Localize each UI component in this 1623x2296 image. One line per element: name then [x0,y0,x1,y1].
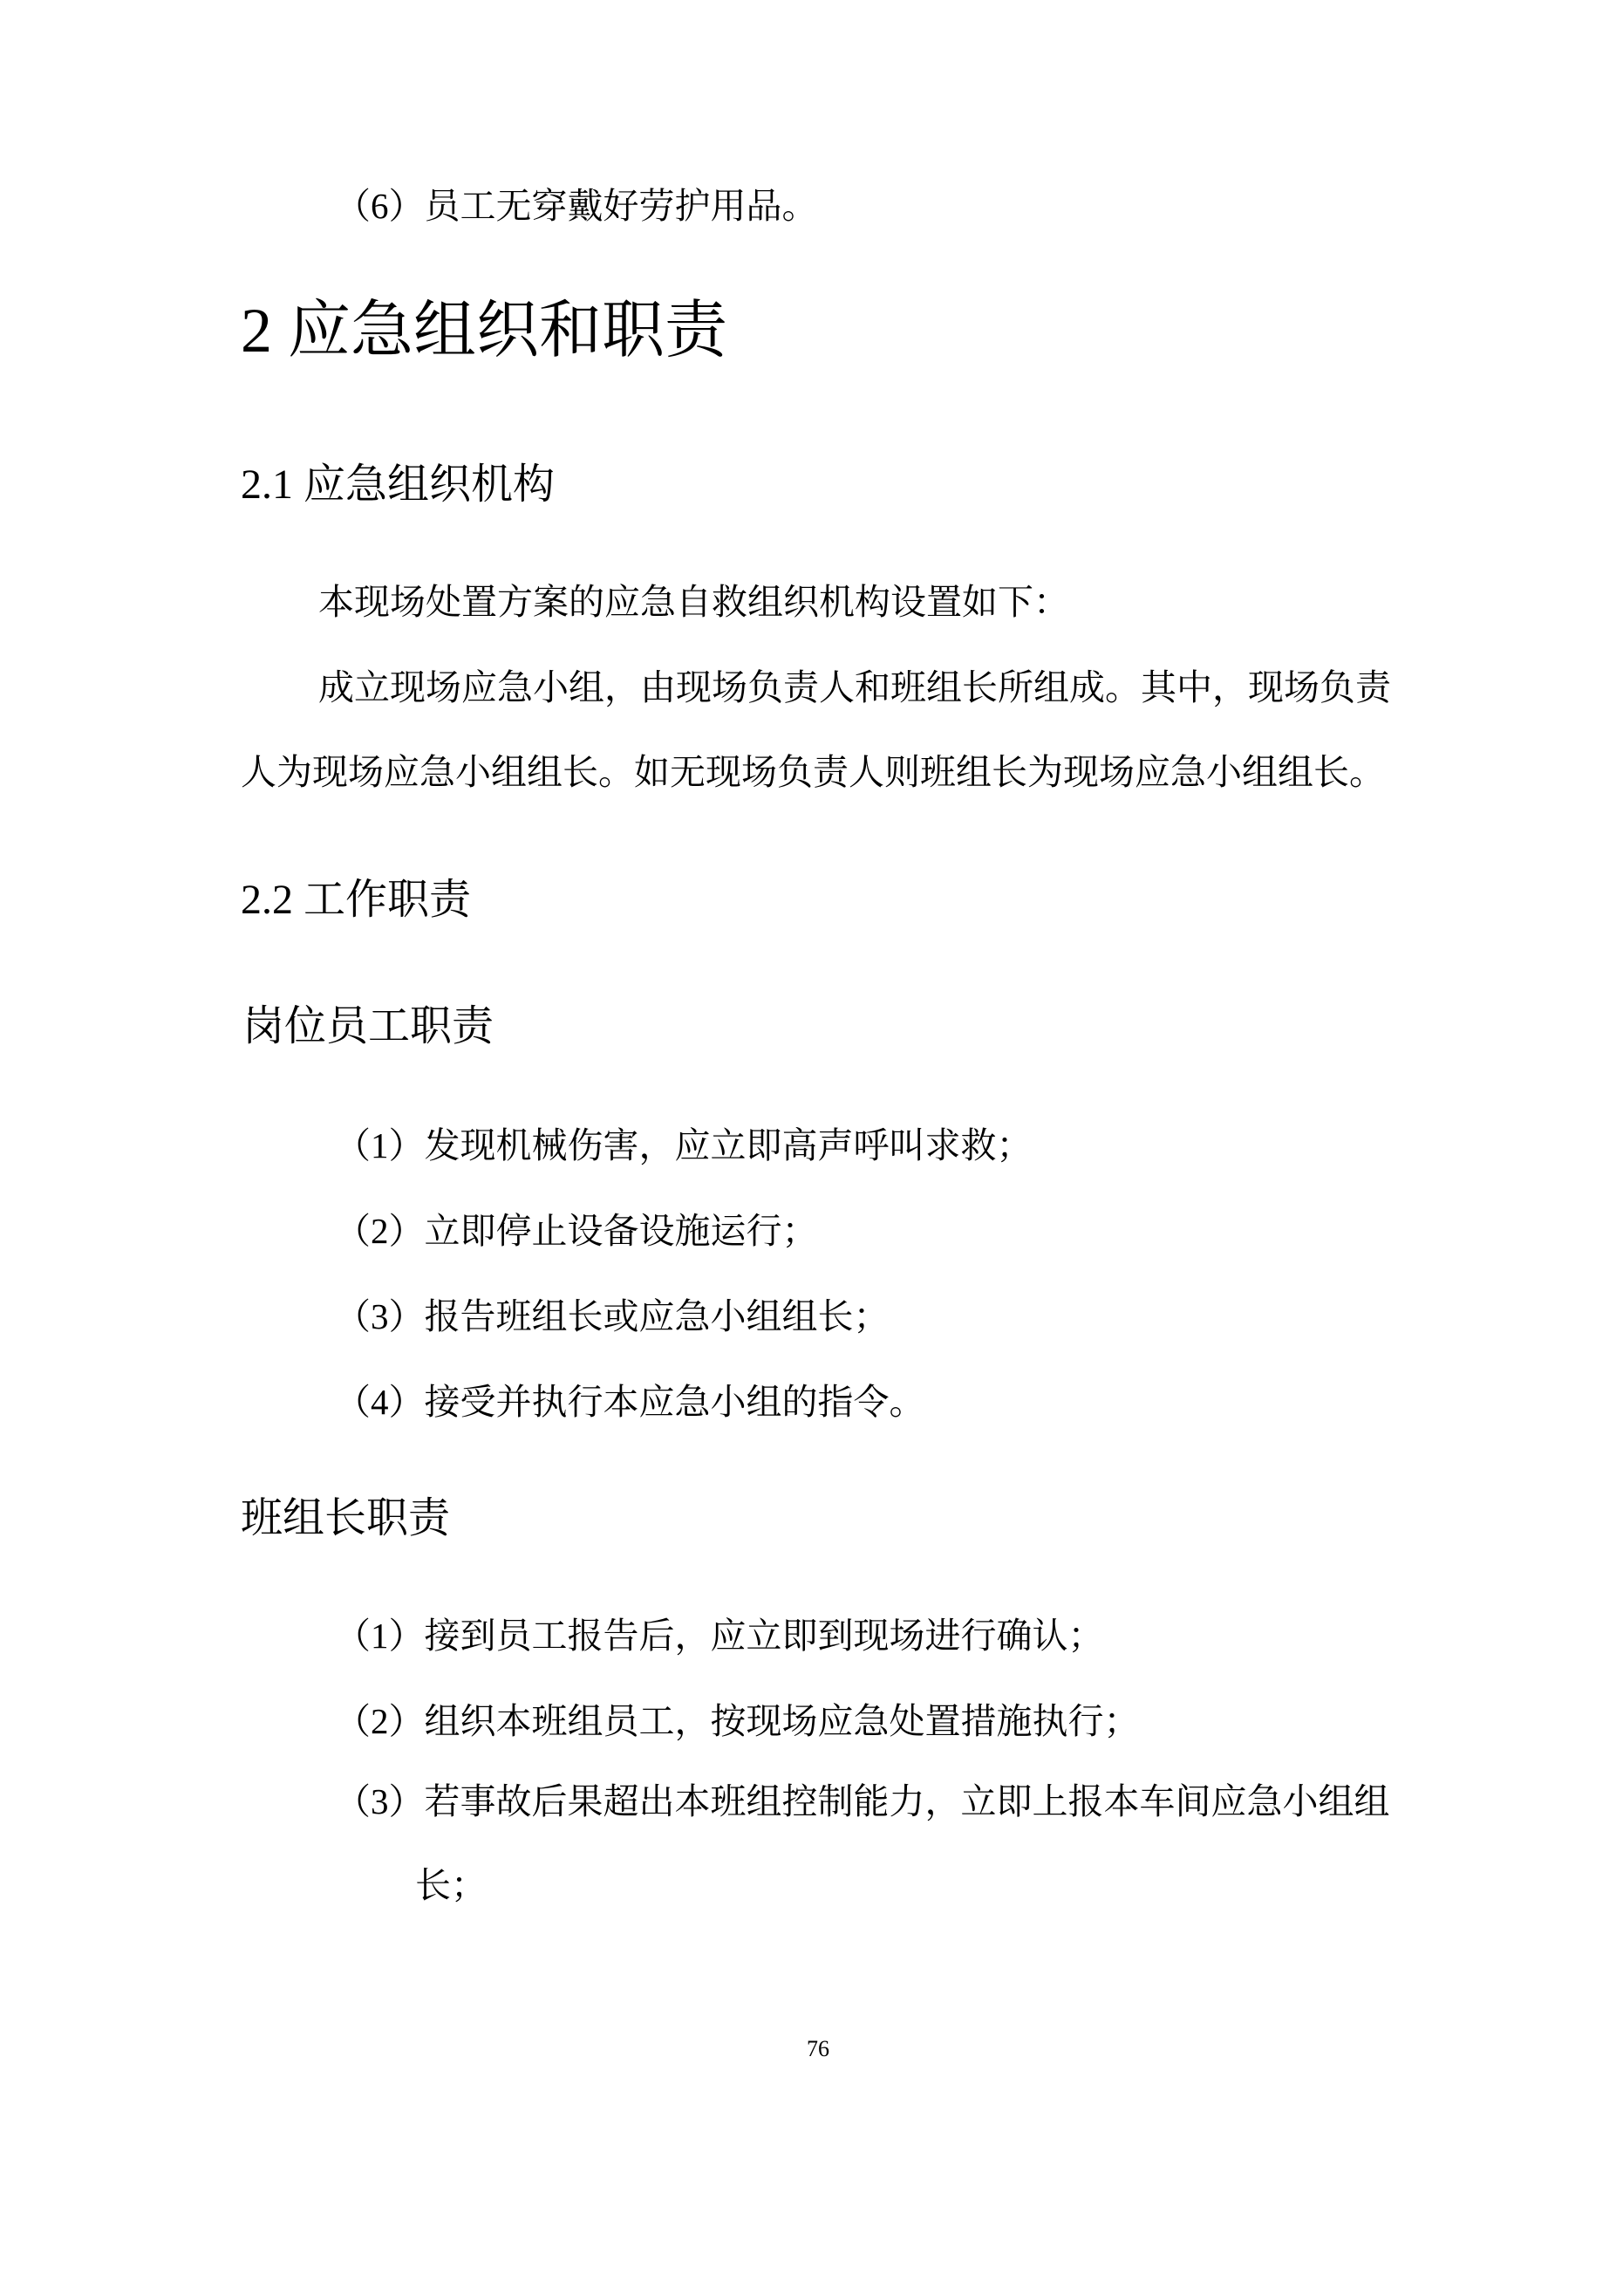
list-item-number: （4） [335,1382,425,1422]
list-item-text: 接到员工报告后，应立即到现场进行确认； [425,1616,1104,1656]
list-item: （2）组织本班组员工，按现场应急处置措施执行； [335,1704,1140,1739]
list-item-text: 报告班组长或应急小组组长； [425,1296,890,1336]
group-heading-team-leader-duties: 班组长职责 [241,1498,450,1540]
list-item-prev-6: （6）员工无穿戴好劳护用品。 [335,188,818,224]
list-item-continuation: 长； [415,1868,487,1903]
list-item: （2）立即停止设备设施运行； [335,1213,818,1249]
list-item-number: （1） [335,1616,425,1656]
list-item: （3）报告班组长或应急小组组长； [335,1299,890,1335]
list-item-number: （2） [335,1701,425,1741]
list-item: （1）发现机械伤害，应立即高声呼叫求救； [335,1128,1033,1164]
list-item-number: （3） [335,1781,425,1821]
list-item-text: 接受并执行本应急小组的指令。 [425,1382,925,1422]
list-item-text: 组织本班组员工，按现场应急处置措施执行； [425,1701,1140,1741]
list-item-text: 若事故后果超出本班组控制能力，立即上报本车间应急小组组 [425,1781,1390,1821]
list-item-number: （2） [335,1211,425,1251]
paragraph-line: 本现场处置方案的应急自救组织机构设置如下： [318,584,1069,620]
page-number: 76 [807,2038,829,2060]
list-item-number: （1） [335,1125,425,1165]
section-heading-2: 2 应急组织和职责 [241,299,727,362]
paragraph-line: 人为现场应急小组组长。如无现场负责人则班组长为现场应急小组组长。 [241,755,1385,790]
list-item-text: 立即停止设备设施运行； [425,1211,818,1251]
subsection-heading-2-1: 2.1 应急组织机构 [241,464,555,506]
group-heading-staff-duties: 岗位员工职责 [242,1006,494,1048]
list-item: （3）若事故后果超出本班组控制能力，立即上报本车间应急小组组 [335,1784,1390,1820]
list-item-text: 发现机械伤害，应立即高声呼叫求救； [425,1125,1033,1165]
subsection-heading-2-2: 2.2 工作职责 [241,879,471,921]
paragraph-line: 成立现场应急小组，由现场负责人和班组长所组成。其中，现场负责 [318,670,1391,706]
list-item-number: （3） [335,1296,425,1336]
list-item: （4）接受并执行本应急小组的指令。 [335,1384,925,1420]
list-item: （1）接到员工报告后，应立即到现场进行确认； [335,1618,1104,1654]
